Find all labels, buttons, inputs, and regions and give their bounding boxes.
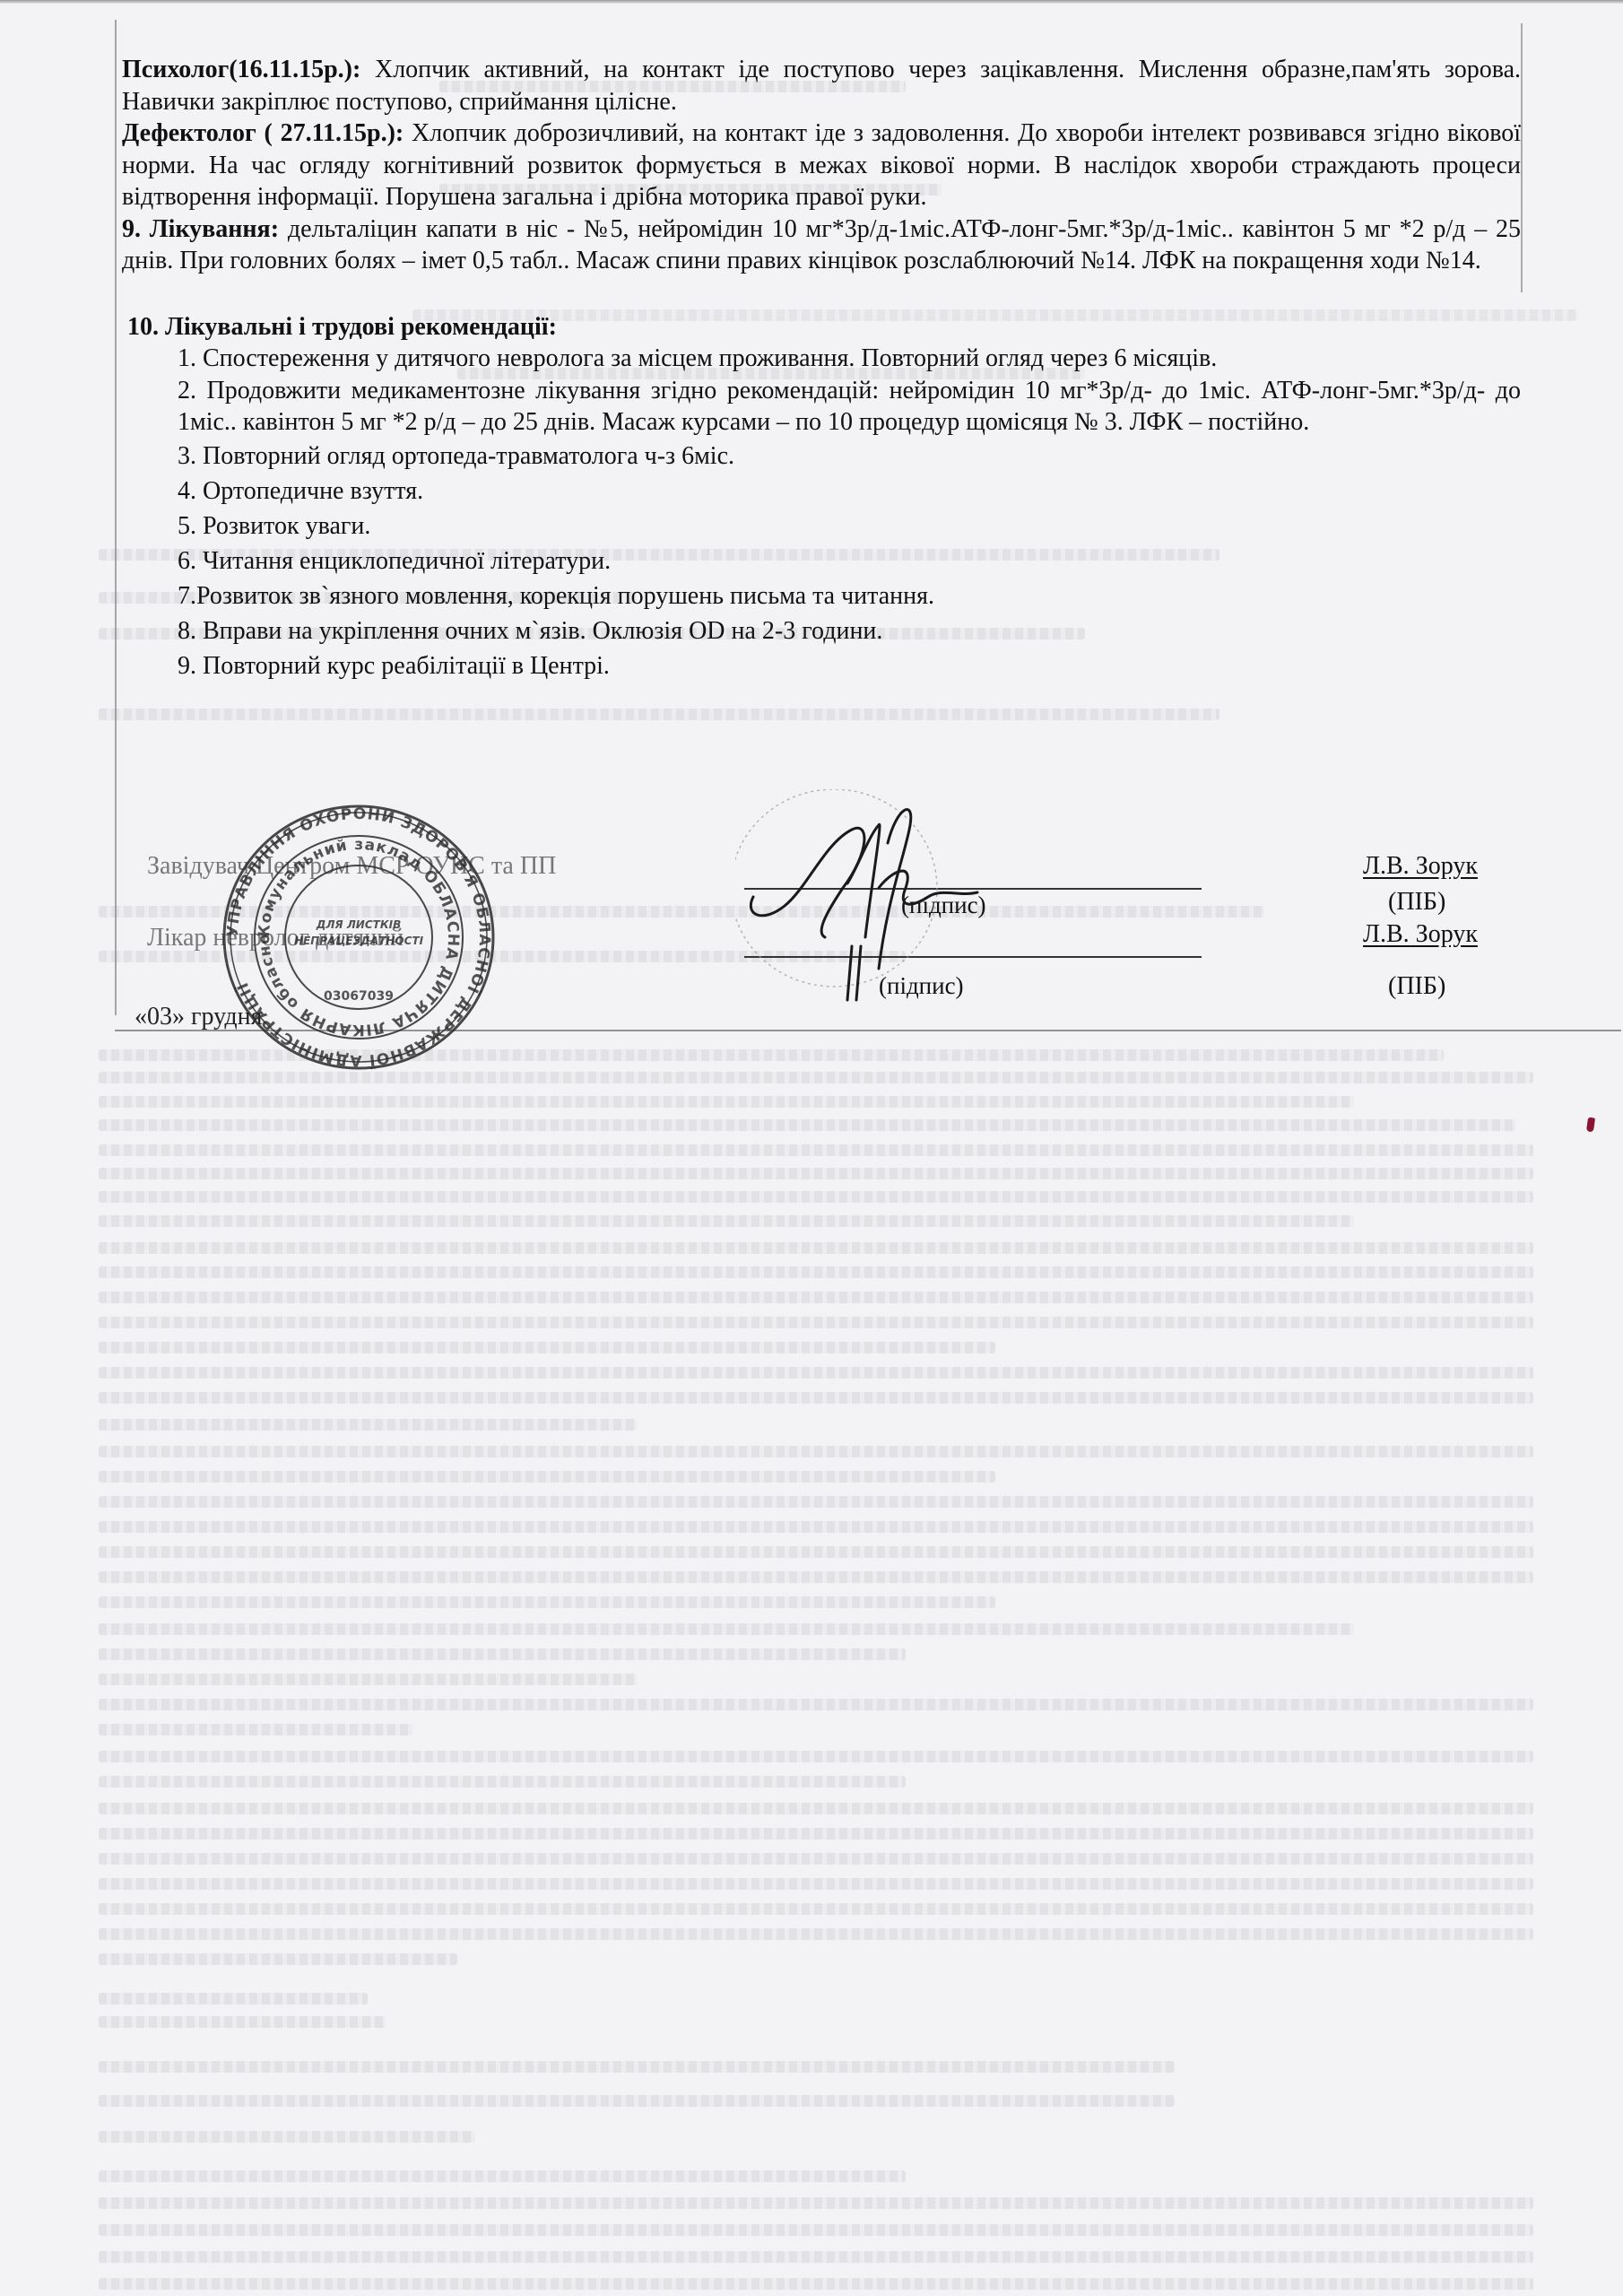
svg-text:НЕПРАЦЕЗДАТНОСТІ: НЕПРАЦЕЗДАТНОСТІ xyxy=(294,935,424,947)
recommendation-item: 7.Розвиток зв`язного мовлення, корекція … xyxy=(178,578,1521,613)
recommendation-item: 9. Повторний курс реабілітації в Центрі. xyxy=(178,648,1521,683)
recommendation-item: 2. Продовжити медикаментозне лікування з… xyxy=(178,375,1521,439)
psychologist-paragraph: Психолог(16.11.15р.): Хлопчик активний, … xyxy=(122,54,1521,117)
recommendation-item: 1. Спостереження у дитячого невролога за… xyxy=(178,343,1521,375)
official-stamp-icon: УПРАВЛІННЯ ОХОРОНИ ЗДОРОВ'Я ОБЛАСНОЇ ДЕР… xyxy=(215,803,502,1072)
svg-text:ДЛЯ ЛИСТКІВ: ДЛЯ ЛИСТКІВ xyxy=(316,918,402,931)
recommendation-item: 5. Розвиток уваги. xyxy=(178,509,1521,544)
treatment-label: 9. Лікування: xyxy=(122,215,279,243)
psychologist-label: Психолог(16.11.15р.): xyxy=(122,56,360,83)
recommendation-item: 4. Ортопедичне взуття. xyxy=(178,474,1521,509)
name-caption: (ПІБ) xyxy=(1388,888,1445,917)
document-body: Психолог(16.11.15р.): Хлопчик активний, … xyxy=(122,54,1521,683)
scan-top-edge xyxy=(0,0,1623,4)
recommendation-item: 8. Вправи на укріплення очних м`язів. Ок… xyxy=(178,613,1521,648)
right-margin-rule xyxy=(1521,23,1523,292)
recommendation-item: 6. Читання енциклопедичної літератури. xyxy=(178,544,1521,578)
recommendations-title: 10. Лікувальні і трудові рекомендації: xyxy=(127,311,1521,344)
defectologist-paragraph: Дефектолог ( 27.11.15р.): Хлопчик доброз… xyxy=(122,117,1521,213)
left-margin-rule xyxy=(115,20,117,1015)
signatory-name: Л.В. Зорук xyxy=(1363,920,1478,949)
defectologist-label: Дефектолог ( 27.11.15р.): xyxy=(122,119,404,147)
recommendations-list: 1. Спостереження у дитячого невролога за… xyxy=(178,343,1521,683)
handwritten-signature-icon xyxy=(735,789,1022,1022)
recommendations-section: 10. Лікувальні і трудові рекомендації: 1… xyxy=(122,311,1521,683)
recommendation-item: 3. Повторний огляд ортопеда-травматолога… xyxy=(178,439,1521,474)
treatment-paragraph: 9. Лікування: дельталіцин капати в ніс -… xyxy=(122,213,1521,277)
name-caption: (ПІБ) xyxy=(1388,972,1445,1001)
treatment-text: дельталіцин капати в ніс - №5, нейроміди… xyxy=(122,215,1521,275)
svg-text:03067039: 03067039 xyxy=(324,989,394,1004)
signatory-name: Л.В. Зорук xyxy=(1363,852,1478,881)
red-ink-mark xyxy=(1586,1118,1595,1133)
